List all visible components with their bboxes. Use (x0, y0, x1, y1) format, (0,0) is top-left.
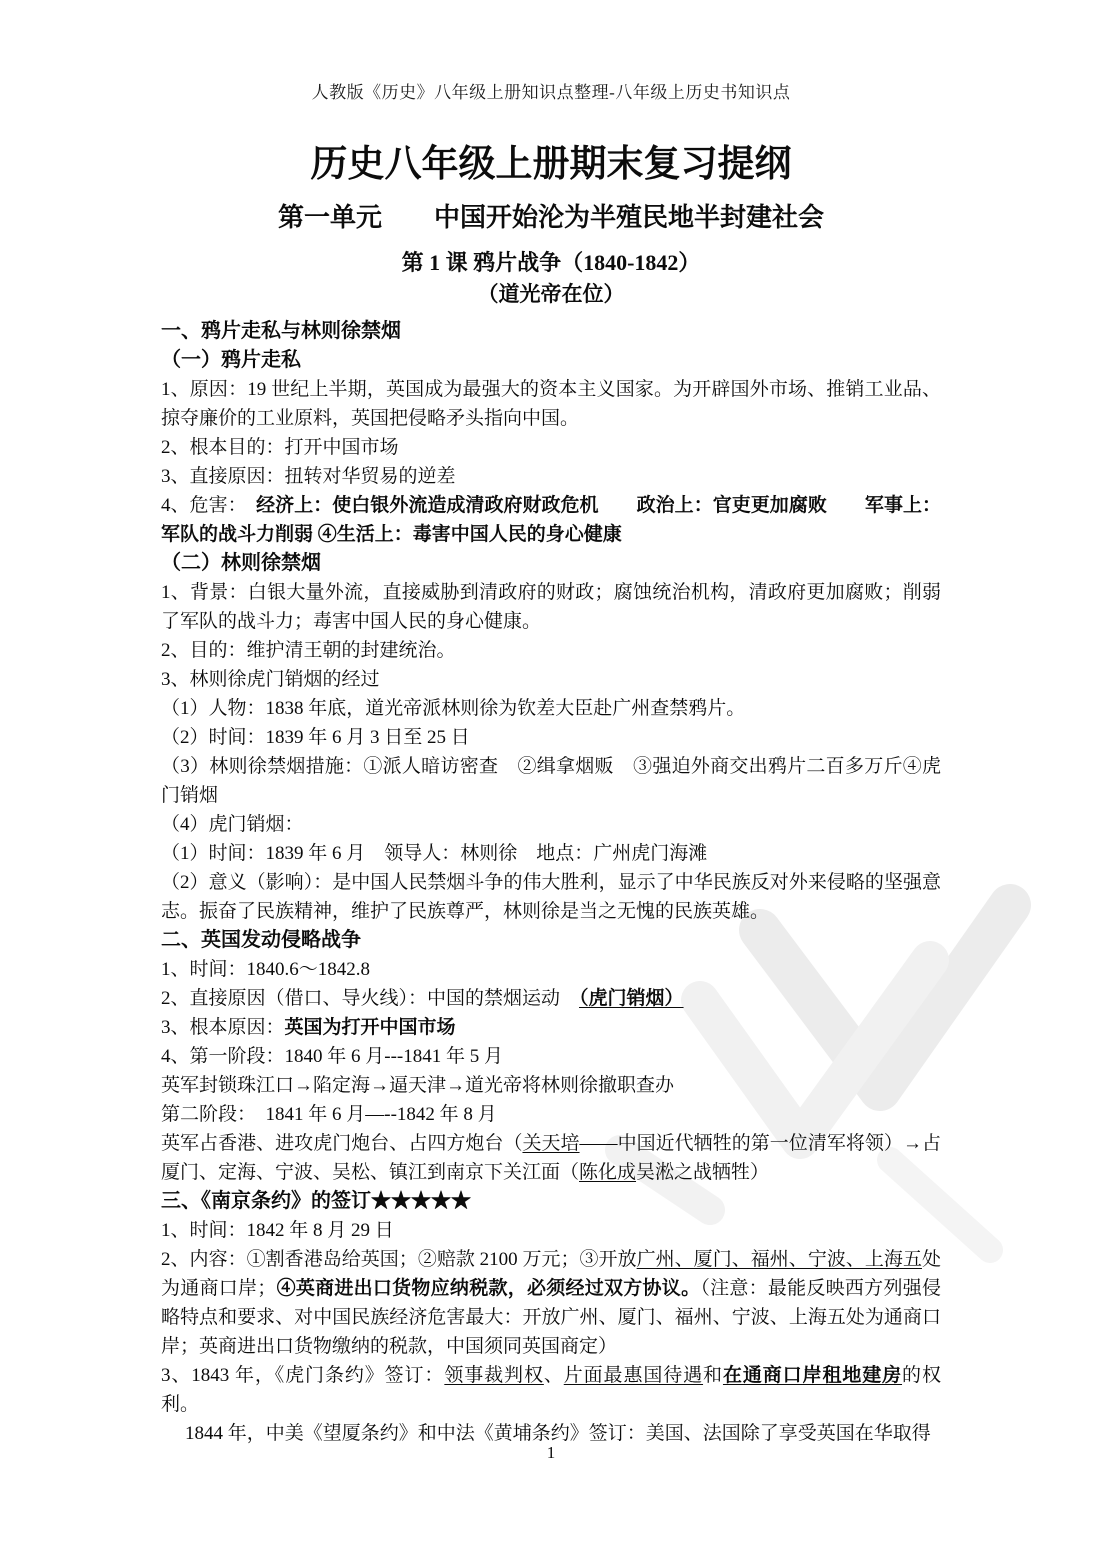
text-run: 1、背景：白银大量外流，直接威胁到清政府的财政；腐蚀统治机构，清政府更加腐败；削… (161, 582, 941, 632)
paragraph: 英军封锁珠江口→陷定海→逼天津→道光帝将林则徐撤职查办 (161, 1071, 941, 1100)
text-run: 和 (703, 1365, 723, 1386)
text-run: （虎门销烟） (579, 988, 684, 1009)
document-content: 人教版《历史》八年级上册知识点整理-八年级上历史书知识点 历史八年级上册期末复习… (0, 0, 1102, 1448)
paragraph: 4、危害： 经济上：使白银外流造成清政府财政危机 政治上：官吏更加腐败 军事上：… (161, 491, 941, 549)
text-run: 三、《南京条约》的签订★★★★★ (161, 1190, 471, 1212)
text-run: 1、原因：19 世纪上半期，英国成为最强大的资本主义国家。为开辟国外市场、推销工… (161, 379, 941, 429)
text-run: 片面最惠国待遇 (564, 1365, 703, 1386)
paragraph: （1）时间：1839 年 6 月 领导人：林则徐 地点：广州虎门海滩 (161, 839, 941, 868)
text-run: （2）意义（影响）：是中国人民禁烟斗争的伟大胜利，显示了中华民族反对外来侵略的坚… (161, 872, 941, 922)
text-run: 领事裁判权 (444, 1365, 544, 1386)
text-run: （二）林则徐禁烟 (161, 552, 321, 574)
text-run: 1、时间：1840.6～1842.8 (161, 959, 370, 980)
paragraph: 1、原因：19 世纪上半期，英国成为最强大的资本主义国家。为开辟国外市场、推销工… (161, 375, 941, 433)
document-header: 人教版《历史》八年级上册知识点整理-八年级上历史书知识点 (0, 0, 1102, 103)
text-run: 2、目的：维护清王朝的封建统治。 (161, 640, 456, 661)
lesson-subtitle: （道光帝在位） (0, 281, 1102, 308)
subsection-1-heading: （一）鸦片走私 (161, 346, 941, 375)
paragraph: 2、根本目的：打开中国市场 (161, 433, 941, 462)
page-number: 1 (0, 1443, 1102, 1463)
text-run: 一、鸦片走私与林则徐禁烟 (161, 320, 401, 342)
text-run: 1844 年，中美《望厦条约》和中法《黄埔条约》签订：美国、法国除了享受英国在华… (185, 1423, 931, 1444)
paragraph: 3、林则徐虎门销烟的经过 (161, 665, 941, 694)
text-run: （4）虎门销烟： (161, 814, 304, 835)
text-run: 英国为打开中国市场 (285, 1017, 456, 1038)
text-run: 英军占香港、进攻虎门炮台、占四方炮台（ (161, 1133, 522, 1154)
paragraph: 3、直接原因：扭转对华贸易的逆差 (161, 462, 941, 491)
text-run: （一）鸦片走私 (161, 349, 301, 371)
text-run: 英军封锁珠江口→陷定海→逼天津→道光帝将林则徐撤职查办 (161, 1075, 674, 1096)
text-run: 第二阶段： 1841 年 6 月—--1842 年 8 月 (161, 1104, 497, 1125)
paragraph: 1、时间：1842 年 8 月 29 日 (161, 1216, 941, 1245)
paragraph: 2、目的：维护清王朝的封建统治。 (161, 636, 941, 665)
text-run: （1）时间：1839 年 6 月 领导人：林则徐 地点：广州虎门海滩 (161, 843, 707, 864)
text-run: 3、直接原因：扭转对华贸易的逆差 (161, 466, 456, 487)
unit-title: 第一单元 中国开始沦为半殖民地半封建社会 (0, 201, 1102, 235)
text-run: ④英商进出口货物应纳税款，必须经过双方协议。 (276, 1278, 700, 1299)
paragraph: 3、根本原因：英国为打开中国市场 (161, 1013, 941, 1042)
text-run: （1）人物：1838 年底，道光帝派林则徐为钦差大臣赴广州查禁鸦片。 (161, 698, 745, 719)
lesson-title: 第 1 课 鸦片战争（1840-1842） (0, 249, 1102, 278)
text-run: 2、内容：①割香港岛给英国；②赔款 2100 万元；③开放 (161, 1249, 637, 1270)
document-body: 一、鸦片走私与林则徐禁烟（一）鸦片走私1、原因：19 世纪上半期，英国成为最强大… (161, 317, 941, 1448)
text-run: 3、根本原因： (161, 1017, 285, 1038)
text-run: 4、危害： (161, 495, 256, 516)
paragraph: 第二阶段： 1841 年 6 月—--1842 年 8 月 (161, 1100, 941, 1129)
subsection-2-heading: （二）林则徐禁烟 (161, 549, 941, 578)
section-2-heading: 二、英国发动侵略战争 (161, 926, 941, 955)
paragraph: （2）意义（影响）：是中国人民禁烟斗争的伟大胜利，显示了中华民族反对外来侵略的坚… (161, 868, 941, 926)
text-run: （2）时间：1839 年 6 月 3 日至 25 日 (161, 727, 470, 748)
text-run: 1、时间：1842 年 8 月 29 日 (161, 1220, 394, 1241)
text-run: 2、根本目的：打开中国市场 (161, 437, 399, 458)
text-run: 陈化成 (579, 1162, 636, 1183)
text-run: 吴淞之战牺牲） (636, 1162, 769, 1183)
paragraph: （2）时间：1839 年 6 月 3 日至 25 日 (161, 723, 941, 752)
paragraph: 2、内容：①割香港岛给英国；②赔款 2100 万元；③开放广州、厦门、福州、宁波… (161, 1245, 941, 1361)
paragraph: （4）虎门销烟： (161, 810, 941, 839)
paragraph: 英军占香港、进攻虎门炮台、占四方炮台（关天培——中国近代牺牲的第一位清军将领）→… (161, 1129, 941, 1187)
text-run: （3）林则徐禁烟措施：①派人暗访密查 ②缉拿烟贩 ③强迫外商交出鸦片二百多万斤④… (161, 756, 941, 806)
paragraph: 4、第一阶段：1840 年 6 月---1841 年 5 月 (161, 1042, 941, 1071)
text-run: 二、英国发动侵略战争 (161, 929, 361, 951)
paragraph: 1、时间：1840.6～1842.8 (161, 955, 941, 984)
section-3-heading: 三、《南京条约》的签订★★★★★ (161, 1187, 941, 1216)
paragraph: 2、直接原因（借口、导火线）：中国的禁烟运动 （虎门销烟） (161, 984, 941, 1013)
text-run: 广州、厦门、福州、宁波、上海五 (637, 1249, 922, 1270)
text-run: 2、直接原因（借口、导火线）：中国的禁烟运动 (161, 988, 579, 1009)
text-run: 关天培 (522, 1133, 579, 1154)
document-page: 人教版《历史》八年级上册知识点整理-八年级上历史书知识点 历史八年级上册期末复习… (0, 0, 1102, 1559)
paragraph: （1）人物：1838 年底，道光帝派林则徐为钦差大臣赴广州查禁鸦片。 (161, 694, 941, 723)
paragraph: 1、背景：白银大量外流，直接威胁到清政府的财政；腐蚀统治机构，清政府更加腐败；削… (161, 578, 941, 636)
paragraph: （3）林则徐禁烟措施：①派人暗访密查 ②缉拿烟贩 ③强迫外商交出鸦片二百多万斤④… (161, 752, 941, 810)
main-title: 历史八年级上册期末复习提纲 (0, 141, 1102, 189)
text-run: 经济上：使白银外流造成清政府财政危机 政治上：官吏更加腐败 军事上：军队的战斗力… (161, 495, 941, 545)
section-1-heading: 一、鸦片走私与林则徐禁烟 (161, 317, 941, 346)
text-run: 在通商口岸租地建房 (723, 1365, 902, 1386)
paragraph: 3、1843 年，《虎门条约》签订：领事裁判权、片面最惠国待遇和在通商口岸租地建… (161, 1361, 941, 1419)
text-run: 、 (544, 1365, 564, 1386)
text-run: 3、1843 年，《虎门条约》签订： (161, 1365, 444, 1386)
text-run: 4、第一阶段：1840 年 6 月---1841 年 5 月 (161, 1046, 503, 1067)
text-run: 3、林则徐虎门销烟的经过 (161, 669, 380, 690)
